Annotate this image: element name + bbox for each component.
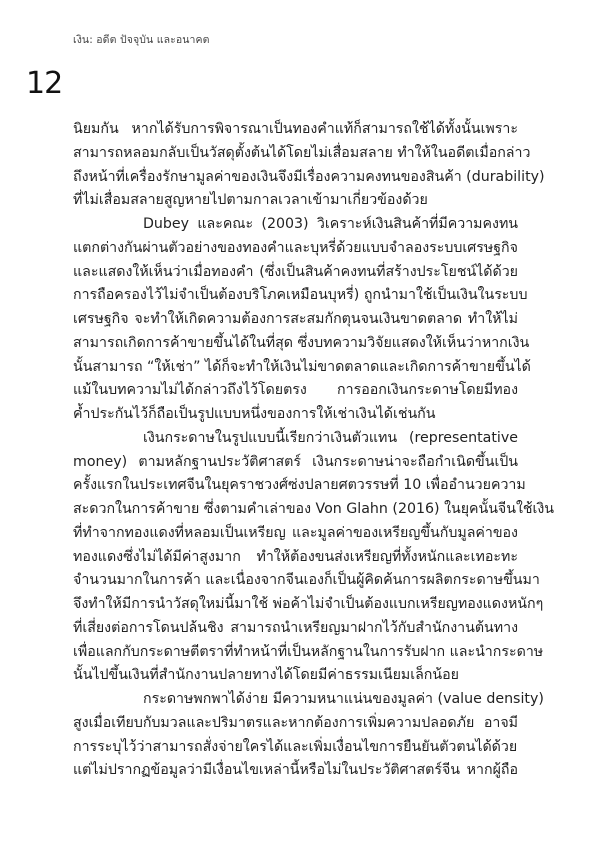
text-line: สามารถเกิดการค้าขายขึ้นได้ในที่สุด ซึ่งบ… [73, 332, 518, 356]
text-line: ค้ำประกันไว้ก็ถือเป็นรูปแบบหนึ่งของการให… [73, 403, 518, 427]
text-line: ที่ทำจากทองแดงที่หลอมเป็นเหรียญ และมูลค่… [73, 522, 518, 546]
text-line: ครั้งแรกในประเทศจีนในยุคราชวงศ์ซ่งปลายศต… [73, 474, 518, 498]
text-line: แตกต่างกันผ่านตัวอย่างของทองคำและบุหรี่ด… [73, 237, 518, 261]
text-line: และแสดงให้เห็นว่าเมื่อทองคำ (ซึ่งเป็นสิน… [73, 261, 518, 285]
text-line: ที่เสี่ยงต่อการโดนปล้นชิง สามารถนำเหรียญ… [73, 617, 518, 641]
body-text: นิยมกัน หากได้รับการพิจารณาเป็นทองคำแท้ก… [73, 118, 518, 783]
text-line: money) ตามหลักฐานประวัติศาสตร์ เงินกระดา… [73, 451, 518, 475]
running-header: เงิน: อดีต ปัจจุบัน และอนาคต [73, 31, 210, 48]
text-line: การถือครองไว้ไม่จำเป็นต้องบริโภคเหมือนบุ… [73, 284, 518, 308]
text-line: การระบุไว้ว่าสามารถสั่งจ่ายใครได้และเพิ่… [73, 736, 518, 760]
text-line: นิยมกัน หากได้รับการพิจารณาเป็นทองคำแท้ก… [73, 118, 518, 142]
text-line: จำนวนมากในการค้า และเนื่องจากจีนเองก็เป็… [73, 569, 518, 593]
text-line: ทองแดงซึ่งไม่ได้มีค่าสูงมาก ทำให้ต้องขนส… [73, 546, 518, 570]
text-line: สามารถหลอมกลับเป็นวัสดุตั้งต้นได้โดยไม่เ… [73, 142, 518, 166]
page-number: 12 [26, 66, 62, 101]
text-line: ที่ไม่เสื่อมสลายสูญหายไปตามกาลเวลาเข้ามา… [73, 189, 518, 213]
text-line: แต่ไม่ปรากฏข้อมูลว่ามีเงื่อนไขเหล่านี้หร… [73, 759, 518, 783]
text-line: สูงเมื่อเทียบกับมวลและปริมาตรและหากต้องก… [73, 712, 518, 736]
text-line: นั้นสามารถ “ให้เช่า” ได้ก็จะทำให้เงินไม่… [73, 356, 518, 380]
text-line: นั้นไปขึ้นเงินที่สำนักงานปลายทางได้โดยมี… [73, 664, 518, 688]
text-line: เพื่อแลกกับกระดาษตีตราที่ทำหน้าที่เป็นหล… [73, 641, 518, 665]
text-line-paragraph-start: Dubey และคณะ (2003) วิเคราะห์เงินสินค้าท… [73, 213, 518, 237]
text-line-paragraph-start: กระดาษพกพาได้ง่าย มีความหนาแน่นของมูลค่า… [73, 688, 518, 712]
text-line: แม้ในบทความไม่ได้กล่าวถึงไว้โดยตรง การออ… [73, 379, 518, 403]
text-line: จึงทำให้มีการนำวัสดุใหม่นี้มาใช้ พ่อค้าไ… [73, 593, 518, 617]
text-line: สะดวกในการค้าขาย ซึ่งตามคำเล่าของ Von Gl… [73, 498, 518, 522]
text-line-paragraph-start: เงินกระดาษในรูปแบบนี้เรียกว่าเงินตัวแทน … [73, 427, 518, 451]
text-line: เศรษฐกิจ จะทำให้เกิดความต้องการสะสมกักตุ… [73, 308, 518, 332]
text-line: ถึงหน้าที่เครื่องรักษามูลค่าของเงินจึงมี… [73, 166, 518, 190]
